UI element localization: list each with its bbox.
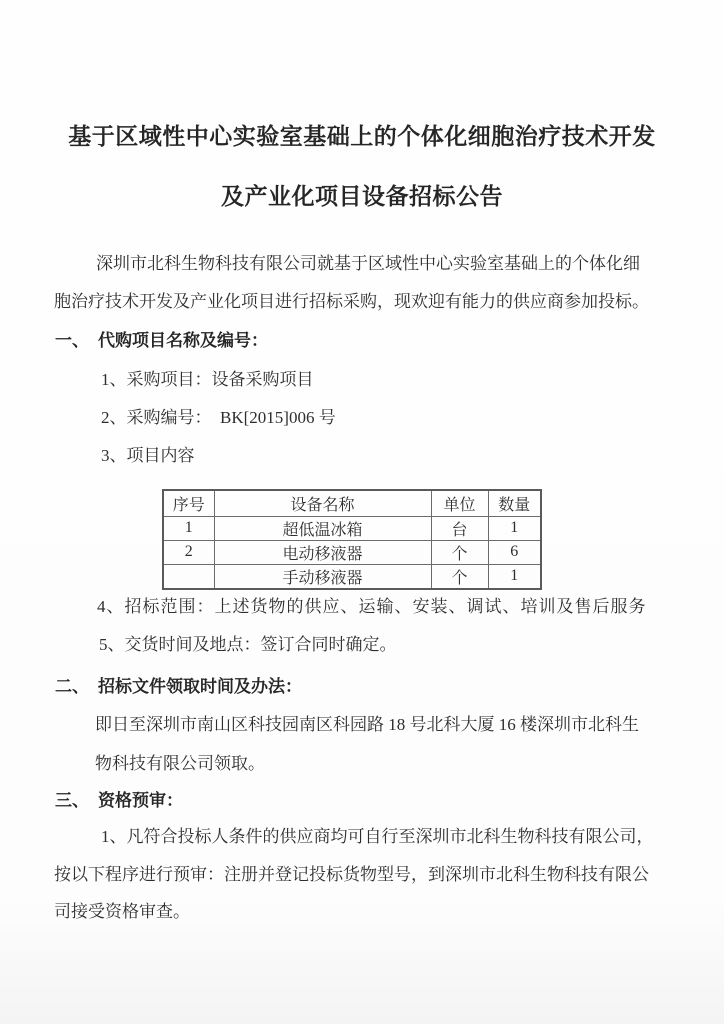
section3-body-line3: 司接受资格审查。: [54, 900, 190, 924]
cell-device-name: 超低温冰箱: [214, 516, 431, 540]
section1-number: 一、: [55, 329, 89, 353]
section1-item5: 5、交货时间及地点：签订合同时确定。: [99, 633, 397, 657]
equipment-table: 序号 设备名称 单位 数量 1 超低温冰箱 台 1 2 电动移液器 个 6 手动…: [162, 489, 542, 590]
cell-device-name: 电动移液器: [214, 540, 431, 564]
scanned-document-page: 基于区域性中心实验室基础上的个体化细胞治疗技术开发 及产业化项目设备招标公告 深…: [0, 0, 724, 1024]
section2-heading-text: 招标文件领取时间及办法：: [98, 677, 302, 696]
section2-heading: 二、招标文件领取时间及办法：: [55, 675, 302, 699]
intro-paragraph-line1: 深圳市北科生物科技有限公司就基于区域性中心实验室基础上的个体化细: [96, 252, 640, 276]
cell-device-name: 手动移液器: [214, 564, 431, 589]
header-unit: 单位: [431, 490, 488, 516]
document-title-line2: 及产业化项目设备招标公告: [0, 178, 724, 211]
cell-seq: [163, 564, 214, 589]
cell-unit: 台: [431, 516, 488, 540]
document-title-line1: 基于区域性中心实验室基础上的个体化细胞治疗技术开发: [0, 118, 724, 151]
header-qty: 数量: [488, 490, 541, 516]
cell-qty: 1: [488, 564, 541, 589]
section3-number: 三、: [55, 789, 89, 813]
section1-item4: 4、招标范围：上述货物的供应、运输、安装、调试、培训及售后服务: [97, 595, 647, 619]
table-header-row: 序号 设备名称 单位 数量: [163, 490, 541, 516]
header-device-name: 设备名称: [214, 490, 431, 516]
section1-item1: 1、采购项目：设备采购项目: [101, 368, 314, 392]
section1-item3: 3、项目内容: [101, 444, 195, 468]
section1-item2: 2、采购编号： BK[2015]006 号: [101, 406, 336, 430]
section2-number: 二、: [55, 675, 89, 699]
cell-seq: 2: [163, 540, 214, 564]
cell-qty: 1: [488, 516, 541, 540]
table-row: 1 超低温冰箱 台 1: [163, 516, 541, 540]
section1-heading: 一、代购项目名称及编号：: [55, 329, 268, 353]
section1-heading-text: 代购项目名称及编号：: [98, 331, 268, 350]
table-row: 2 电动移液器 个 6: [163, 540, 541, 564]
cell-qty: 6: [488, 540, 541, 564]
table-row: 手动移液器 个 1: [163, 564, 541, 589]
section2-body-line1: 即日至深圳市南山区科技园南区科园路 18 号北科大厦 16 楼深圳市北科生: [95, 713, 639, 737]
section3-body-line2: 按以下程序进行预审：注册并登记投标货物型号，到深圳市北科生物科技有限公: [54, 863, 649, 887]
intro-paragraph-line2: 胞治疗技术开发及产业化项目进行招标采购，现欢迎有能力的供应商参加投标。: [54, 290, 649, 314]
cell-seq: 1: [163, 516, 214, 540]
section3-heading: 三、资格预审：: [55, 789, 183, 813]
section2-body-line2: 物科技有限公司领取。: [95, 752, 265, 776]
cell-unit: 个: [431, 540, 488, 564]
header-seq: 序号: [163, 490, 214, 516]
section3-heading-text: 资格预审：: [98, 791, 183, 810]
section3-body-line1: 1、凡符合投标人条件的供应商均可自行至深圳市北科生物科技有限公司，: [101, 825, 654, 849]
cell-unit: 个: [431, 564, 488, 589]
